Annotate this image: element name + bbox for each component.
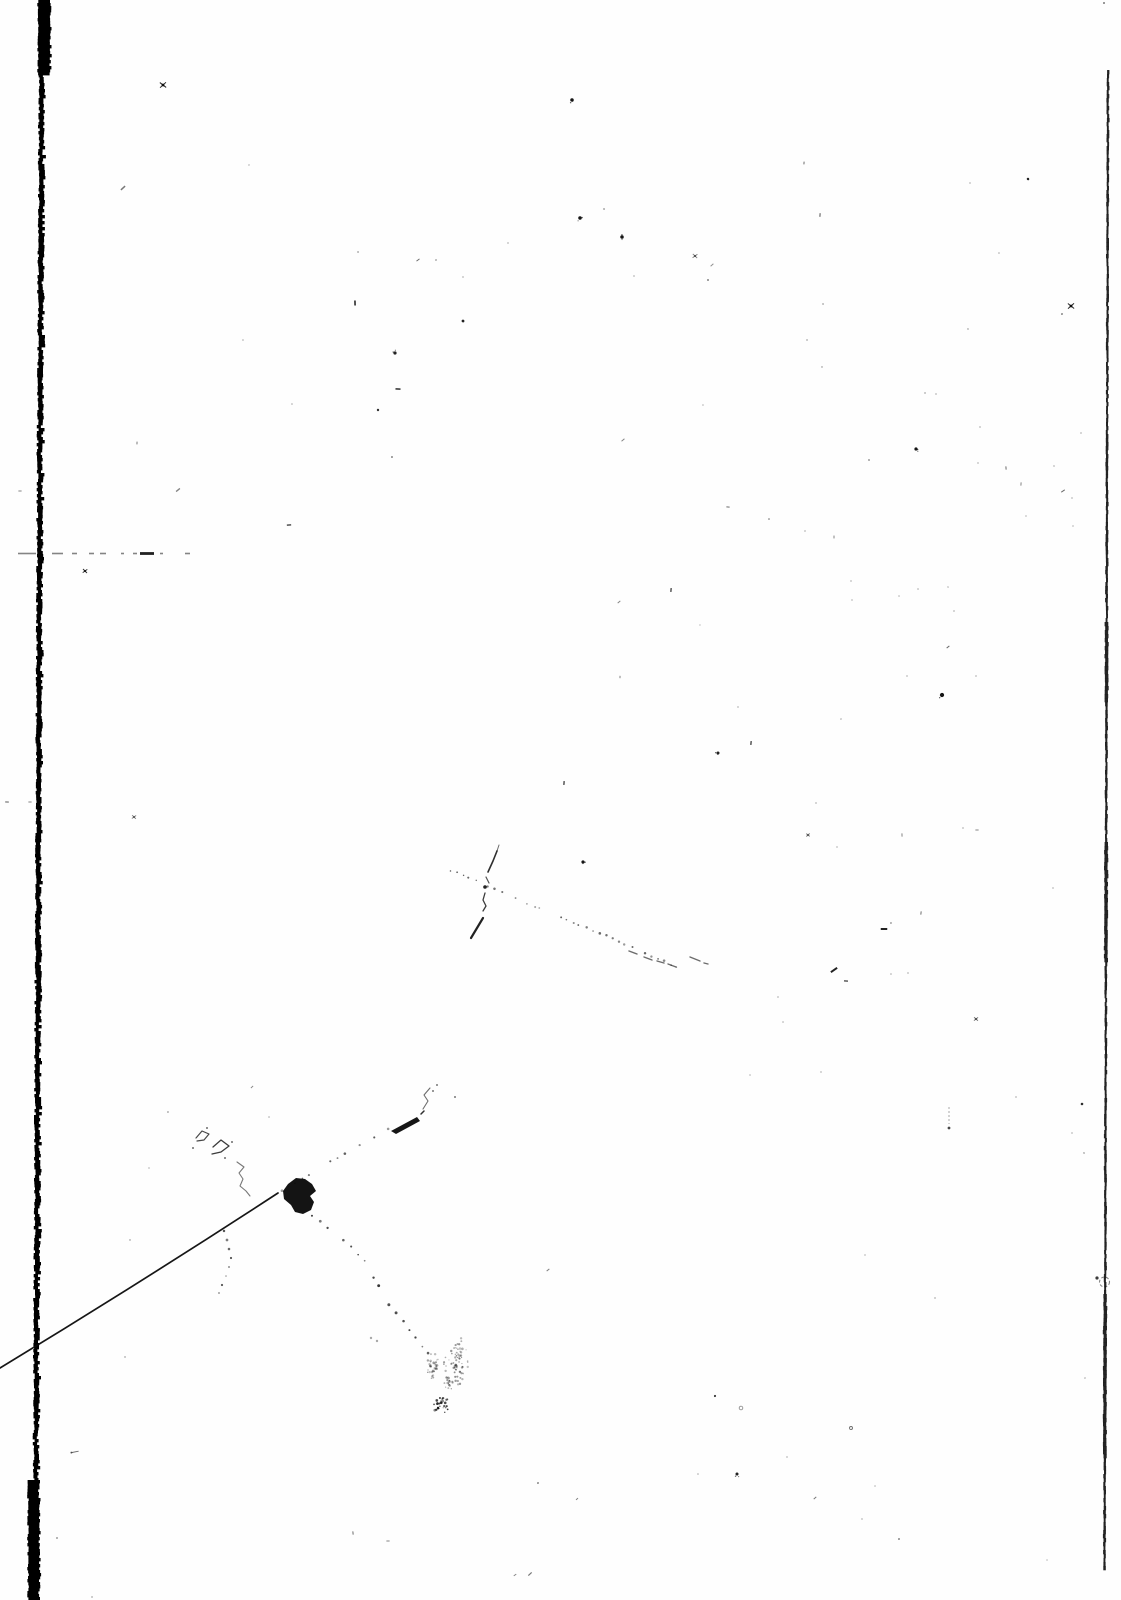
right-page-edge-line [1103, 70, 1110, 1570]
diagonal-scratch [0, 1084, 456, 1368]
page-scan-svg [0, 0, 1121, 1600]
ink-blot-cluster [192, 1127, 469, 1413]
small-vertical-scratch [948, 1107, 951, 1129]
dashed-fold-line [18, 552, 190, 555]
left-binding-bar [27, 0, 51, 1600]
loop-mark [1095, 1276, 1109, 1287]
dust-specks [5, 2, 1105, 1598]
cross-scratch [450, 845, 708, 968]
scanned-page [0, 0, 1121, 1600]
